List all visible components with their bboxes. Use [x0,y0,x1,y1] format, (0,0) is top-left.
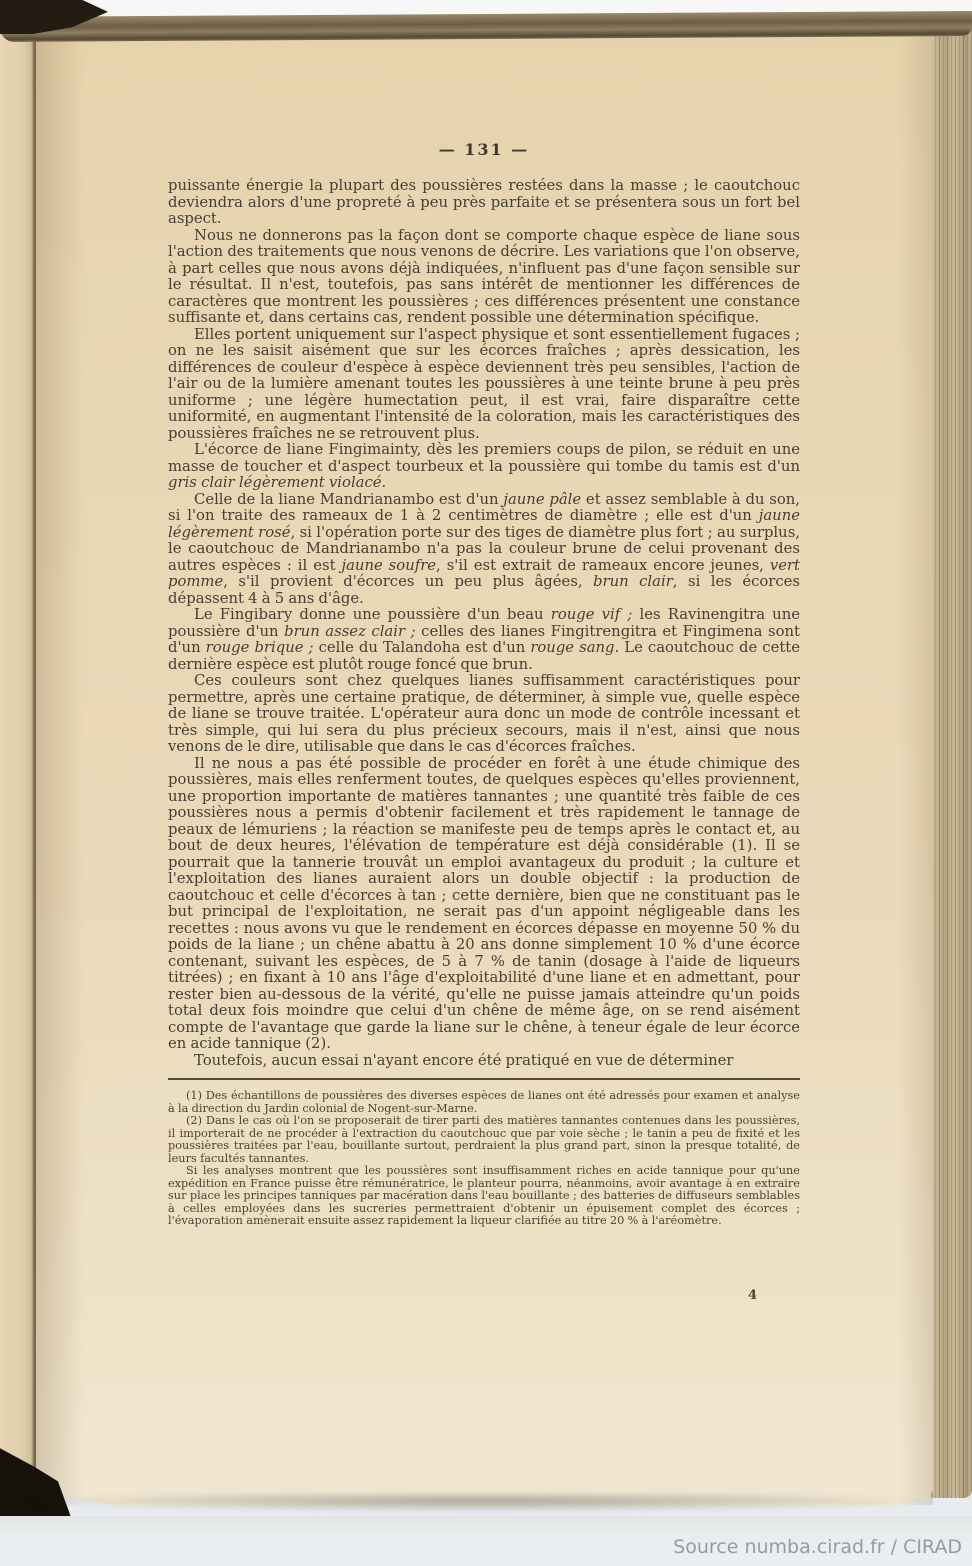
footnote: (2) Dans le cas où l'on se proposerait d… [168,1115,800,1165]
scan-background: — 131 — puissante énergie la plupart des… [0,0,972,1566]
book-page: — 131 — puissante énergie la plupart des… [36,22,933,1505]
page-edge-stack-right [931,20,972,1498]
page-shading-left [36,22,84,1505]
paragraph: Elles portent uniquement sur l'aspect ph… [168,327,800,443]
paragraph: puissante énergie la plupart des poussiè… [168,178,800,228]
paragraph: Le Fingibary donne une poussière d'un be… [168,607,800,673]
footnotes: (1) Des échantillons de poussières des d… [168,1090,800,1228]
paragraph: Ces couleurs sont chez quelques lianes s… [168,673,800,756]
page-number: — 131 — [168,140,800,159]
paragraph: L'écorce de liane Fingimainty, dès les p… [168,442,800,492]
footnote: Si les analyses montrent que les poussiè… [168,1165,800,1228]
paragraph: Il ne nous a pas été possible de procéde… [168,756,800,1053]
page-bottom-shadow [18,1494,948,1512]
footnote-rule [168,1078,800,1080]
page-content: — 131 — puissante énergie la plupart des… [168,140,800,1228]
paragraph: Celle de la liane Mandrianambo est d'un … [168,492,800,608]
paragraph: Toutefois, aucun essai n'ayant encore ét… [168,1053,800,1070]
page-shading-right [899,22,933,1505]
attribution-text: Source numba.cirad.fr / CIRAD [673,1536,972,1566]
paragraph: Nous ne donnerons pas la façon dont se c… [168,228,800,327]
body-text: puissante énergie la plupart des poussiè… [168,178,800,1069]
footnote: (1) Des échantillons de poussières des d… [168,1090,800,1115]
attribution-bar: Source numba.cirad.fr / CIRAD [0,1516,972,1566]
signature-mark: 4 [748,1288,757,1303]
